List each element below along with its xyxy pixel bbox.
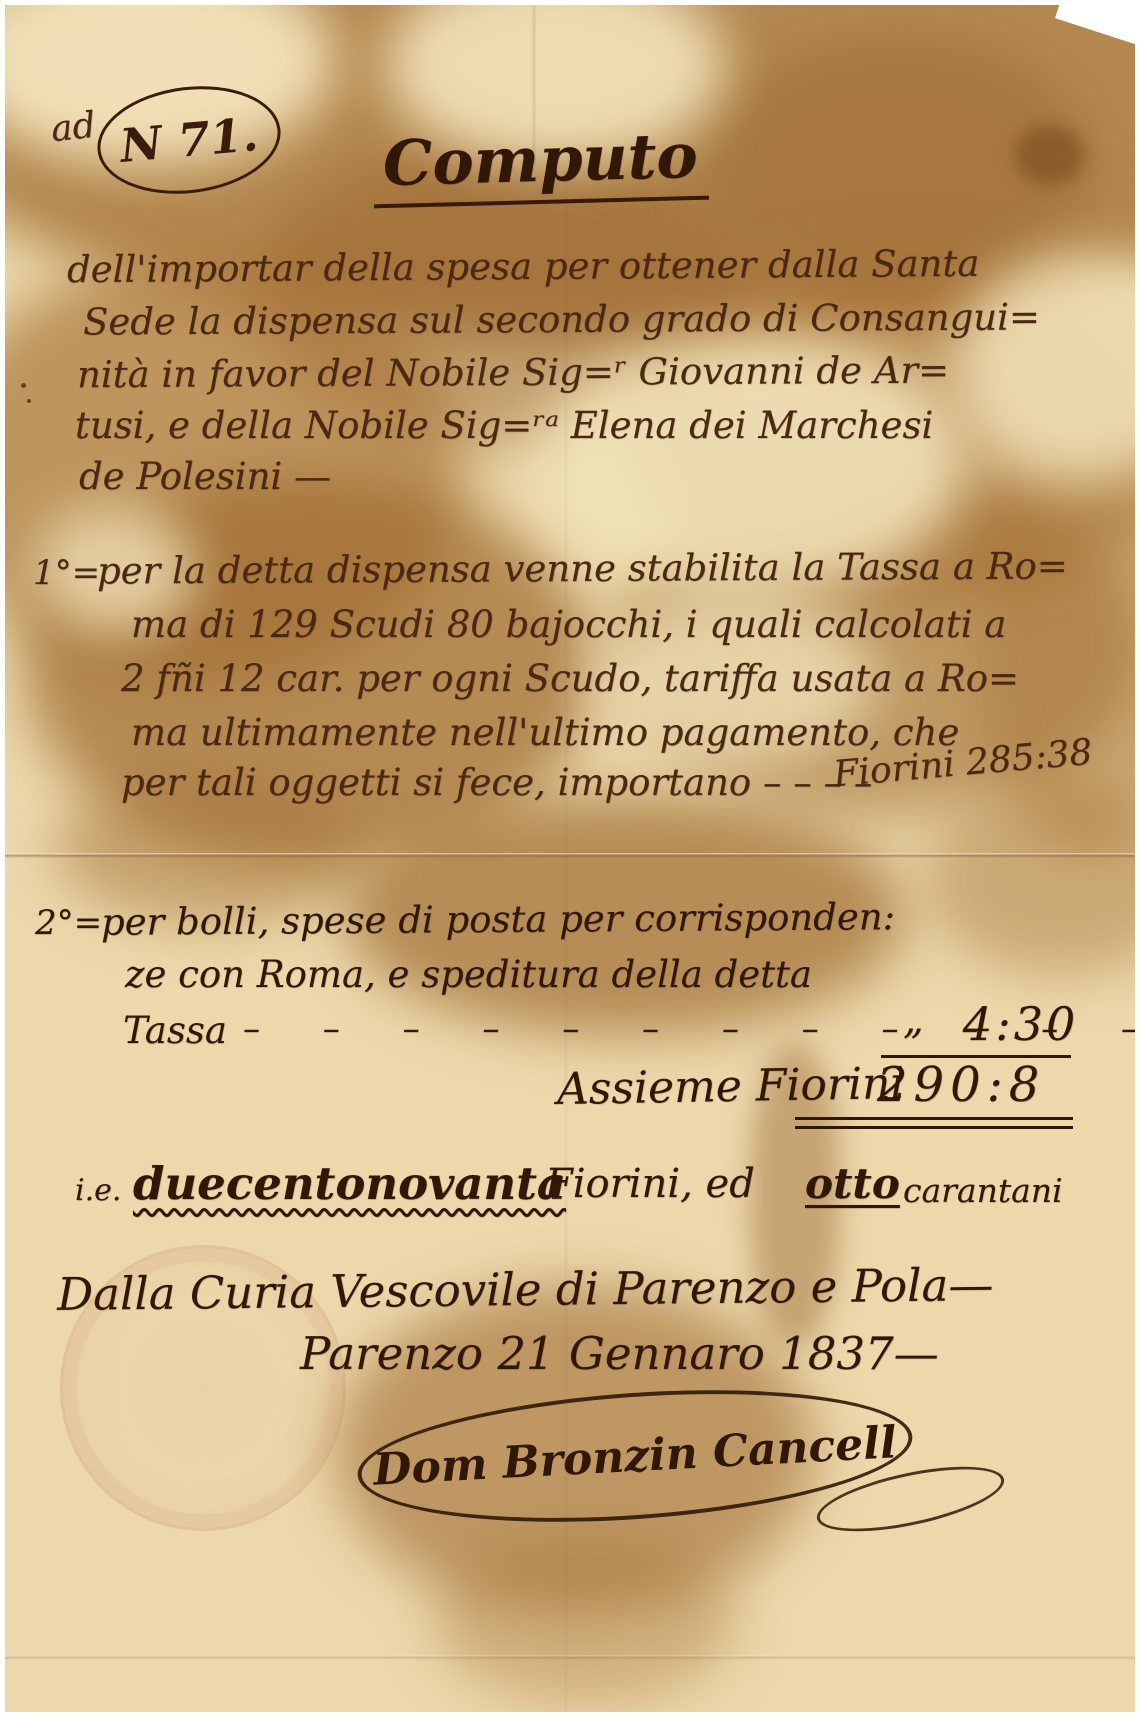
stain	[925, 785, 1135, 975]
annotation-prefix: ad	[49, 105, 98, 150]
inwords-amount: duecentonovanta	[133, 1157, 566, 1210]
item1-line: ma ultimamente nell'ultimo pagamento, ch…	[131, 711, 959, 754]
item1-line: per tali oggetti si fece, importano – – …	[121, 761, 872, 804]
closing-line1: Dalla Curia Vescovile di Parenzo e Pola—	[57, 1258, 994, 1321]
item1-marker: 1°=	[33, 553, 100, 593]
document-page: ad N 71. Computo dell'importar della spe…	[5, 5, 1135, 1712]
fold-crease	[5, 1655, 1135, 1660]
item2-marker: 2°=	[35, 903, 102, 943]
inwords-prefix: i.e.	[75, 1173, 121, 1208]
intro-line: Sede la dispensa sul secondo grado di Co…	[83, 295, 1040, 343]
ditto-mark: „	[903, 997, 924, 1043]
inwords-middle: Fiorini, ed	[545, 1161, 755, 1207]
item1-line: ma di 129 Scudi 80 bajocchi, i quali cal…	[131, 603, 1006, 646]
reference-number: N 71.	[118, 107, 260, 173]
scan-frame: ad N 71. Computo dell'importar della spe…	[0, 0, 1140, 1717]
total-double-underline	[795, 1117, 1073, 1129]
stain	[435, 1535, 735, 1705]
stain-spot	[1015, 125, 1085, 185]
closing-line2: Parenzo 21 Gennaro 1837—	[300, 1327, 939, 1380]
item1-line: 2 fñi 12 car. per ogni Scudo, tariffa us…	[121, 657, 1019, 700]
signature-text: Dom Bronzin Cancell	[372, 1417, 898, 1495]
item1-line: per la detta dispensa venne stabilita la…	[97, 544, 1068, 592]
intro-line: tusi, e della Nobile Sig=ʳᵃ Elena dei Ma…	[75, 404, 933, 447]
intro-line: nità in favor del Nobile Sig=ʳ Giovanni …	[77, 349, 949, 397]
item2-amount: 4:30	[963, 997, 1078, 1051]
fold-crease	[5, 853, 1135, 858]
item2-line: ze con Roma, e speditura della detta	[125, 953, 812, 996]
total-label: Assieme Fiorini	[557, 1058, 905, 1115]
document-title: Computo	[372, 119, 709, 209]
inwords-unit: otto	[805, 1159, 900, 1208]
tassa-label: Tassa	[123, 1009, 227, 1052]
inwords-suffix: carantani	[903, 1171, 1063, 1210]
ink-speck	[21, 383, 26, 388]
total-amount: 290:8	[877, 1057, 1045, 1113]
ink-speck	[27, 399, 31, 403]
intro-line: dell'importar della spesa per ottener da…	[67, 242, 980, 291]
item2-line: per bolli, spese di posta per corrispond…	[101, 895, 895, 944]
intro-line: de Polesini —	[79, 455, 331, 498]
